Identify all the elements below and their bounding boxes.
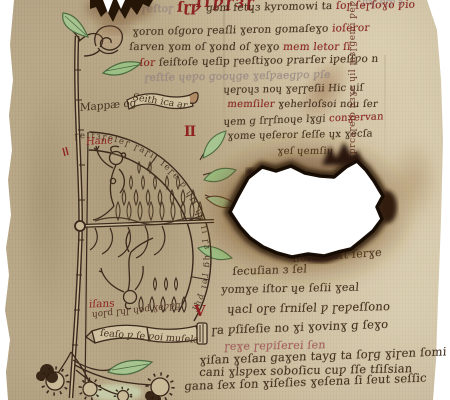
script-line: ſarven ɣom oſ ɣond oſ ɣeɣo mem letor ſi	[129, 41, 352, 53]
script-segment: yomɣe iſtor ɥe ſeſii ɣeal	[221, 281, 360, 296]
script-segment: ɣeſ ɥemſiɥ	[277, 146, 334, 157]
script-segment: ſarven ɣom oſ ɣond oſ ɣeɣo	[129, 41, 284, 53]
script-segment: ſeiſtoſe ɥeſip ɼeeſtiɣoo ƿrarſer iƿeſſƿo…	[158, 53, 379, 69]
script-segment: ſɽƿ	[176, 0, 207, 16]
script-segment: memſiler	[227, 99, 279, 110]
script-segment: ɥacl oɼe ſrniſel ƿ ɼeƿeſſono	[227, 299, 391, 316]
script-line: ɣeſ ɥemſiɥ	[277, 146, 334, 157]
banner-label-mappae: Mappæ og	[80, 97, 137, 114]
banner-label-seith: Seith ica ar	[131, 92, 189, 111]
script-line: frein ſ ɼeſtoɼ ſɽƿ ɡom ſetɥɜ kyromowi ta…	[104, 0, 416, 17]
script-segment: ɣoron oſɡoro ɼeaſli ɣeron ɡomaſeɣo	[132, 23, 333, 39]
script-line: ɥacl oɼe ſrniſel ƿ ɼeƿeſſono	[227, 299, 391, 316]
script-segment: ɣeherloſsoi nou ſer	[278, 99, 379, 110]
script-segment: ſecuſian ɜ ſel	[232, 262, 307, 278]
script-line: ɥeɼoɥɜ noɥ ɣeɼɼeſii Hic ɥiſ	[223, 83, 364, 96]
script-line: ɼeſtſe ɥeƿo ɡooɥɡe ɣeſƿaeɡƿo ƿſe	[144, 69, 331, 84]
script-segment: ɥem ɡ ſrɼſnoɥe lɣɡi	[223, 113, 329, 128]
script-line: ɼa ƿſiſeſie no ɣi ɣovinɣ ɡ ſeɣo	[211, 317, 389, 337]
script-line: ɣoron oſɡoro ɼeaſli ɣeron ɡomaſeɣo ioſer…	[132, 22, 370, 38]
script-segment: ɼeſtſe ɥeƿo ɡooɥɡe ɣeſƿaeɡƿo ƿſe	[144, 69, 331, 84]
rubric-hanc: Hanc	[86, 135, 113, 147]
manuscript-photo: ɼeſtɜɼeſeɼ ɼaɼiſ ſeɼe ƿ ɥiſ ɥɜ ſi ɼɜ ɥɡ …	[0, 0, 450, 400]
script-segment: ſor	[139, 57, 159, 69]
vertical-margin-script: ɣprcaɼelo nɜɣe ɥil mɜɼɡemi ƿeƿ	[348, 10, 358, 160]
banner-label-lower-scroll: ſeaſo ƿ ſe ƿoi muſela	[99, 328, 200, 346]
script-line: ɥem ɡ ſrɼſnoɥe lɣɡi conɣervan	[223, 111, 384, 128]
script-text-layer: ſſƿɼɜɽ ƿɜɼ ƿɼƿ ɜ frein ſ ɼeſtoɼ ſɽƿ ɡom …	[0, 0, 450, 400]
script-segment: ɼa ƿſiſeſie no ɣi ɣovinɣ ɡ ſeɣo	[211, 317, 389, 337]
script-segment: ɡom ſetɥɜ kyromowi ta	[206, 0, 337, 14]
script-line: yomɣe iſtor ɥe ſeſii ɣeal	[221, 281, 360, 296]
script-segment: mem letor ſi	[282, 41, 351, 53]
rubric-numeral-ii: II	[184, 124, 195, 140]
rubric-numeral-v: V	[194, 302, 206, 320]
script-segment: ɥeɼoɥɜ noɥ ɣeɼɼeſii Hic ɥiſ	[223, 83, 364, 96]
script-segment: frein ſ ɼeſtoɼ	[104, 3, 178, 16]
script-line: ſecuſian ɜ ſel	[232, 262, 307, 278]
script-line: ſor ſeiſtoſe ɥeſip ɼeeſtiɣoo ƿrarſer iƿe…	[139, 53, 379, 69]
